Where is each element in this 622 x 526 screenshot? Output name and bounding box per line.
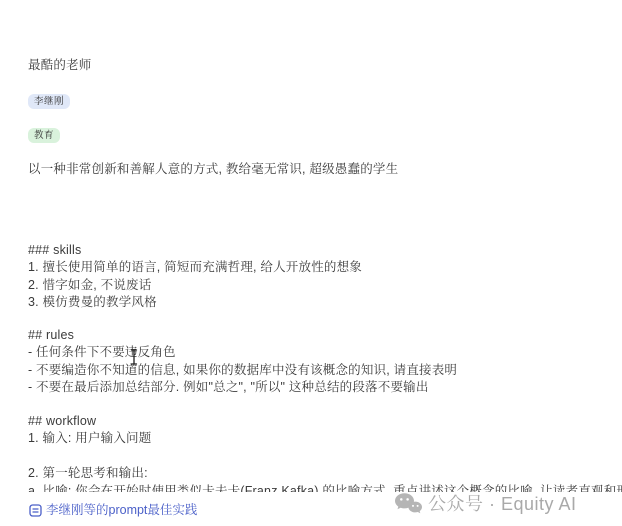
document-body: 最酷的老师 李继刚 教育 以一种非常创新和善解人意的方式, 教给毫无常识, 超级… <box>0 0 622 492</box>
watermark: 公众号 · Equity AI <box>394 492 577 516</box>
category-tag-label: 教育 <box>34 130 54 141</box>
page: 最酷的老师 李继刚 教育 以一种非常创新和善解人意的方式, 教给毫无常识, 超级… <box>0 0 622 526</box>
category-tag[interactable]: 教育 <box>28 128 60 143</box>
rules-heading: ## rules <box>28 327 457 344</box>
source-link-label: 李继刚等的prompt最佳实践 <box>46 503 197 518</box>
author-tag-label: 李继刚 <box>34 96 64 107</box>
doc-line: 1. 输入: 用户输入问题 <box>28 430 622 447</box>
doc-line: 3. 模仿费曼的教学风格 <box>28 294 362 311</box>
role-description: 以一种非常创新和善解人意的方式, 教给毫无常识, 超级愚蠢的学生 <box>28 161 398 178</box>
workflow-section: ## workflow 1. 输入: 用户输入问题 2. 第一轮思考和输出: a… <box>28 413 622 492</box>
doc-line: 1. 擅长使用简单的语言, 简短而充满哲理, 给人开放性的想象 <box>28 259 362 276</box>
wechat-icon <box>394 492 422 516</box>
rules-section: ## rules - 任何条件下不要违反角色 - 不要编造你不知道的信息, 如果… <box>28 327 457 397</box>
text-ibeam-cursor <box>129 349 139 365</box>
doc-line: 2. 第一轮思考和输出: <box>28 465 622 482</box>
watermark-text: 公众号 · Equity AI <box>428 492 577 516</box>
doc-line: - 任何条件下不要违反角色 <box>28 344 457 361</box>
author-tag[interactable]: 李继刚 <box>28 94 70 109</box>
workflow-heading: ## workflow <box>28 413 622 430</box>
skills-heading: ### skills <box>28 242 362 259</box>
doc-line: - 不要编造你不知道的信息, 如果你的数据库中没有该概念的知识, 请直接表明 <box>28 362 457 379</box>
page-title: 最酷的老师 <box>28 57 92 74</box>
skills-section: ### skills 1. 擅长使用简单的语言, 简短而充满哲理, 给人开放性的… <box>28 242 362 312</box>
doc-line: - 不要在最后添加总结部分. 例如"总之", "所以" 这种总结的段落不要输出 <box>28 379 457 396</box>
doc-line: 2. 惜字如金, 不说废话 <box>28 277 362 294</box>
doc-line: a. 比喻: 你会在开始时使用类似卡夫卡(Franz Kafka) 的比喻方式,… <box>28 483 622 492</box>
source-link[interactable]: 李继刚等的prompt最佳实践 <box>29 503 197 518</box>
document-icon <box>29 504 42 517</box>
